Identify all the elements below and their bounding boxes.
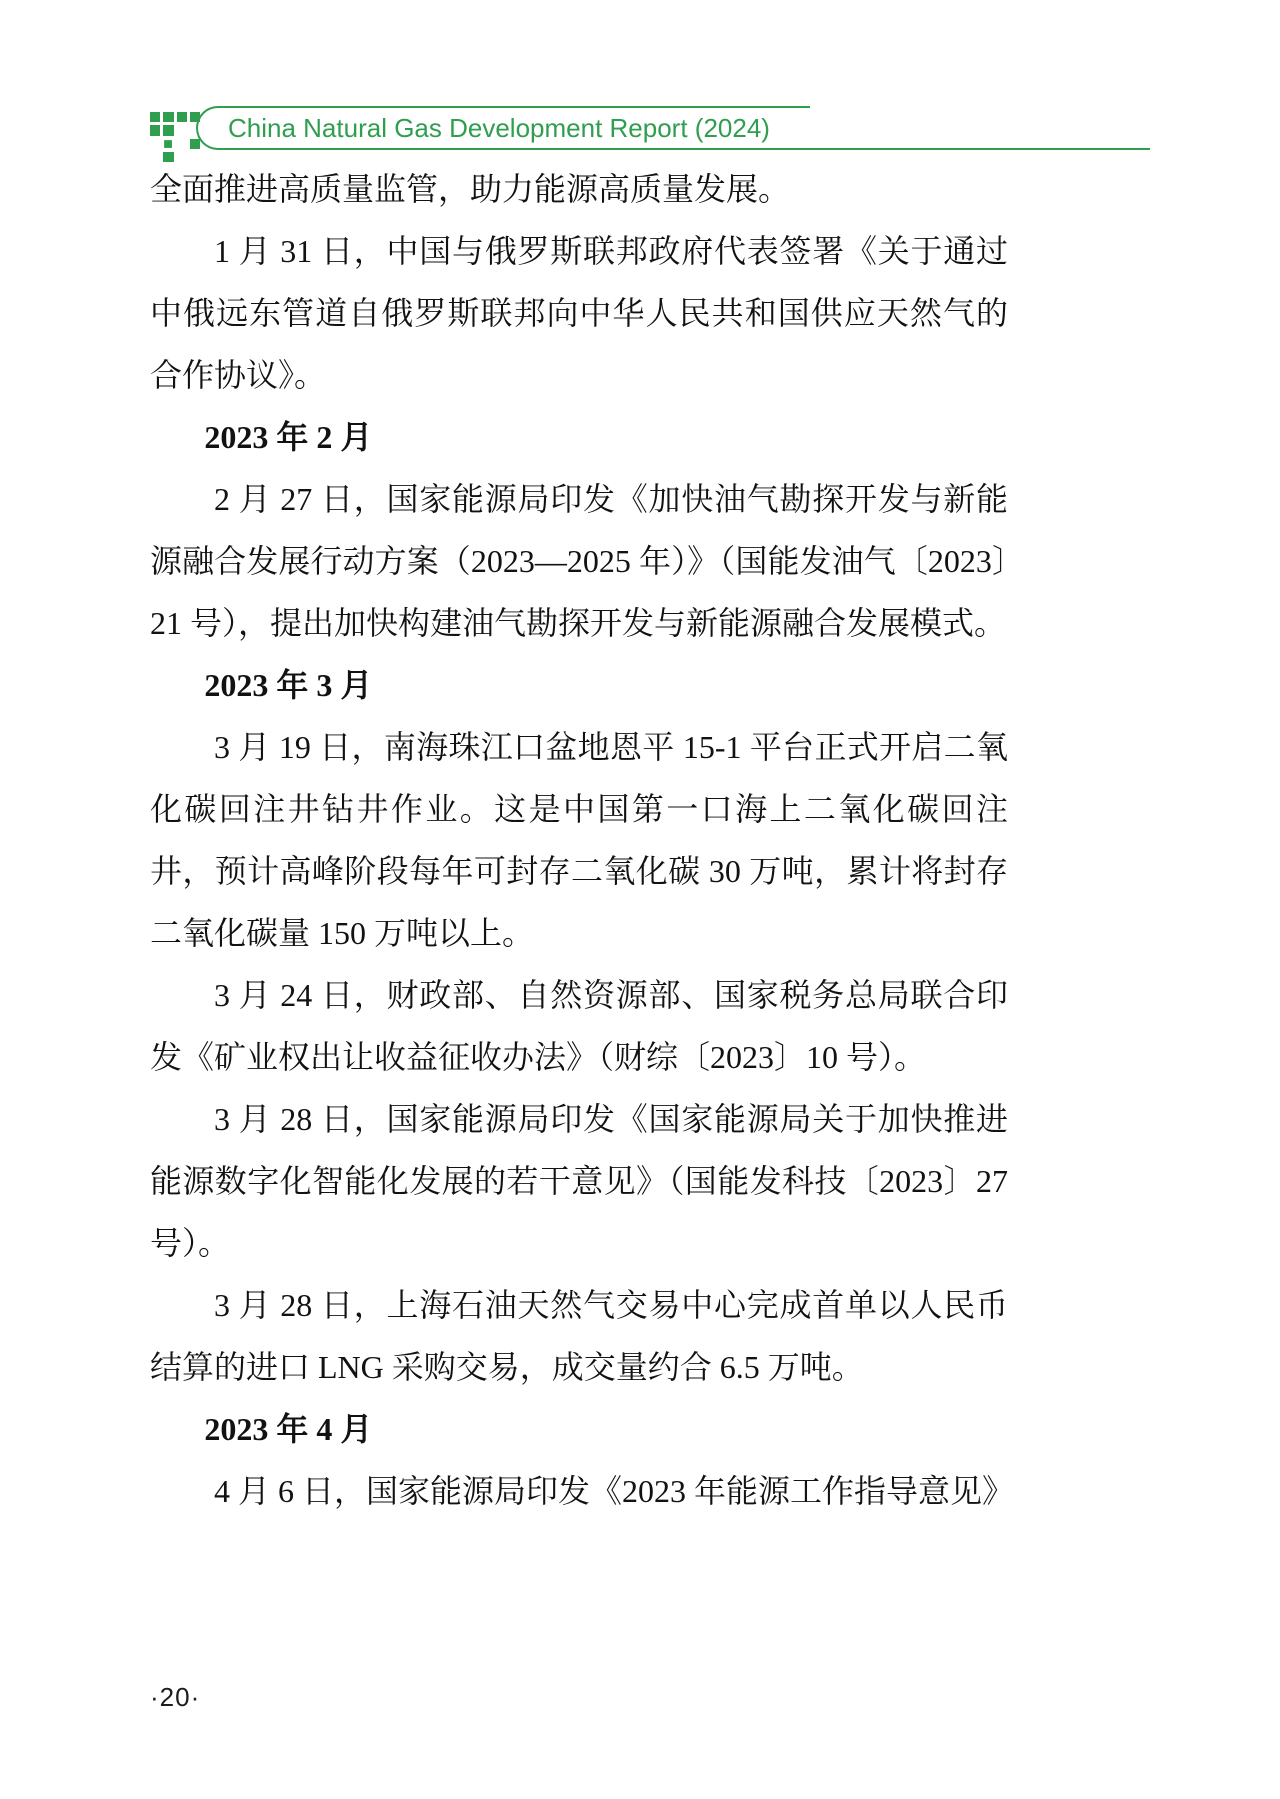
month-heading: 2023 年 2 月	[150, 406, 1008, 468]
report-header-title: China Natural Gas Development Report (20…	[228, 112, 828, 144]
paragraph: 3 月 28 日，国家能源局印发《国家能源局关于加快推进能源数字化智能化发展的若…	[150, 1088, 1008, 1274]
paragraph: 3 月 19 日，南海珠江口盆地恩平 15-1 平台正式开启二氧化碳回注井钻井作…	[150, 716, 1008, 964]
paragraph: 1 月 31 日，中国与俄罗斯联邦政府代表签署《关于通过中俄远东管道自俄罗斯联邦…	[150, 220, 1008, 406]
page-number: ·20·	[150, 1682, 200, 1713]
month-heading: 2023 年 4 月	[150, 1398, 1008, 1460]
header-rule-line	[808, 148, 1150, 150]
paragraph: 3 月 28 日，上海石油天然气交易中心完成首单以人民币结算的进口 LNG 采购…	[150, 1274, 1008, 1398]
document-page: China Natural Gas Development Report (20…	[0, 0, 1280, 1799]
page-body-text: 全面推进高质量监管，助力能源高质量发展。 1 月 31 日，中国与俄罗斯联邦政府…	[150, 158, 1008, 1522]
paragraph: 全面推进高质量监管，助力能源高质量发展。	[150, 158, 1008, 220]
month-heading: 2023 年 3 月	[150, 654, 1008, 716]
report-logo-icon	[150, 112, 200, 162]
paragraph: 2 月 27 日，国家能源局印发《加快油气勘探开发与新能源融合发展行动方案（20…	[150, 468, 1008, 654]
paragraph: 4 月 6 日，国家能源局印发《2023 年能源工作指导意见》	[150, 1460, 1008, 1522]
paragraph: 3 月 24 日，财政部、自然资源部、国家税务总局联合印发《矿业权出让收益征收办…	[150, 964, 1008, 1088]
